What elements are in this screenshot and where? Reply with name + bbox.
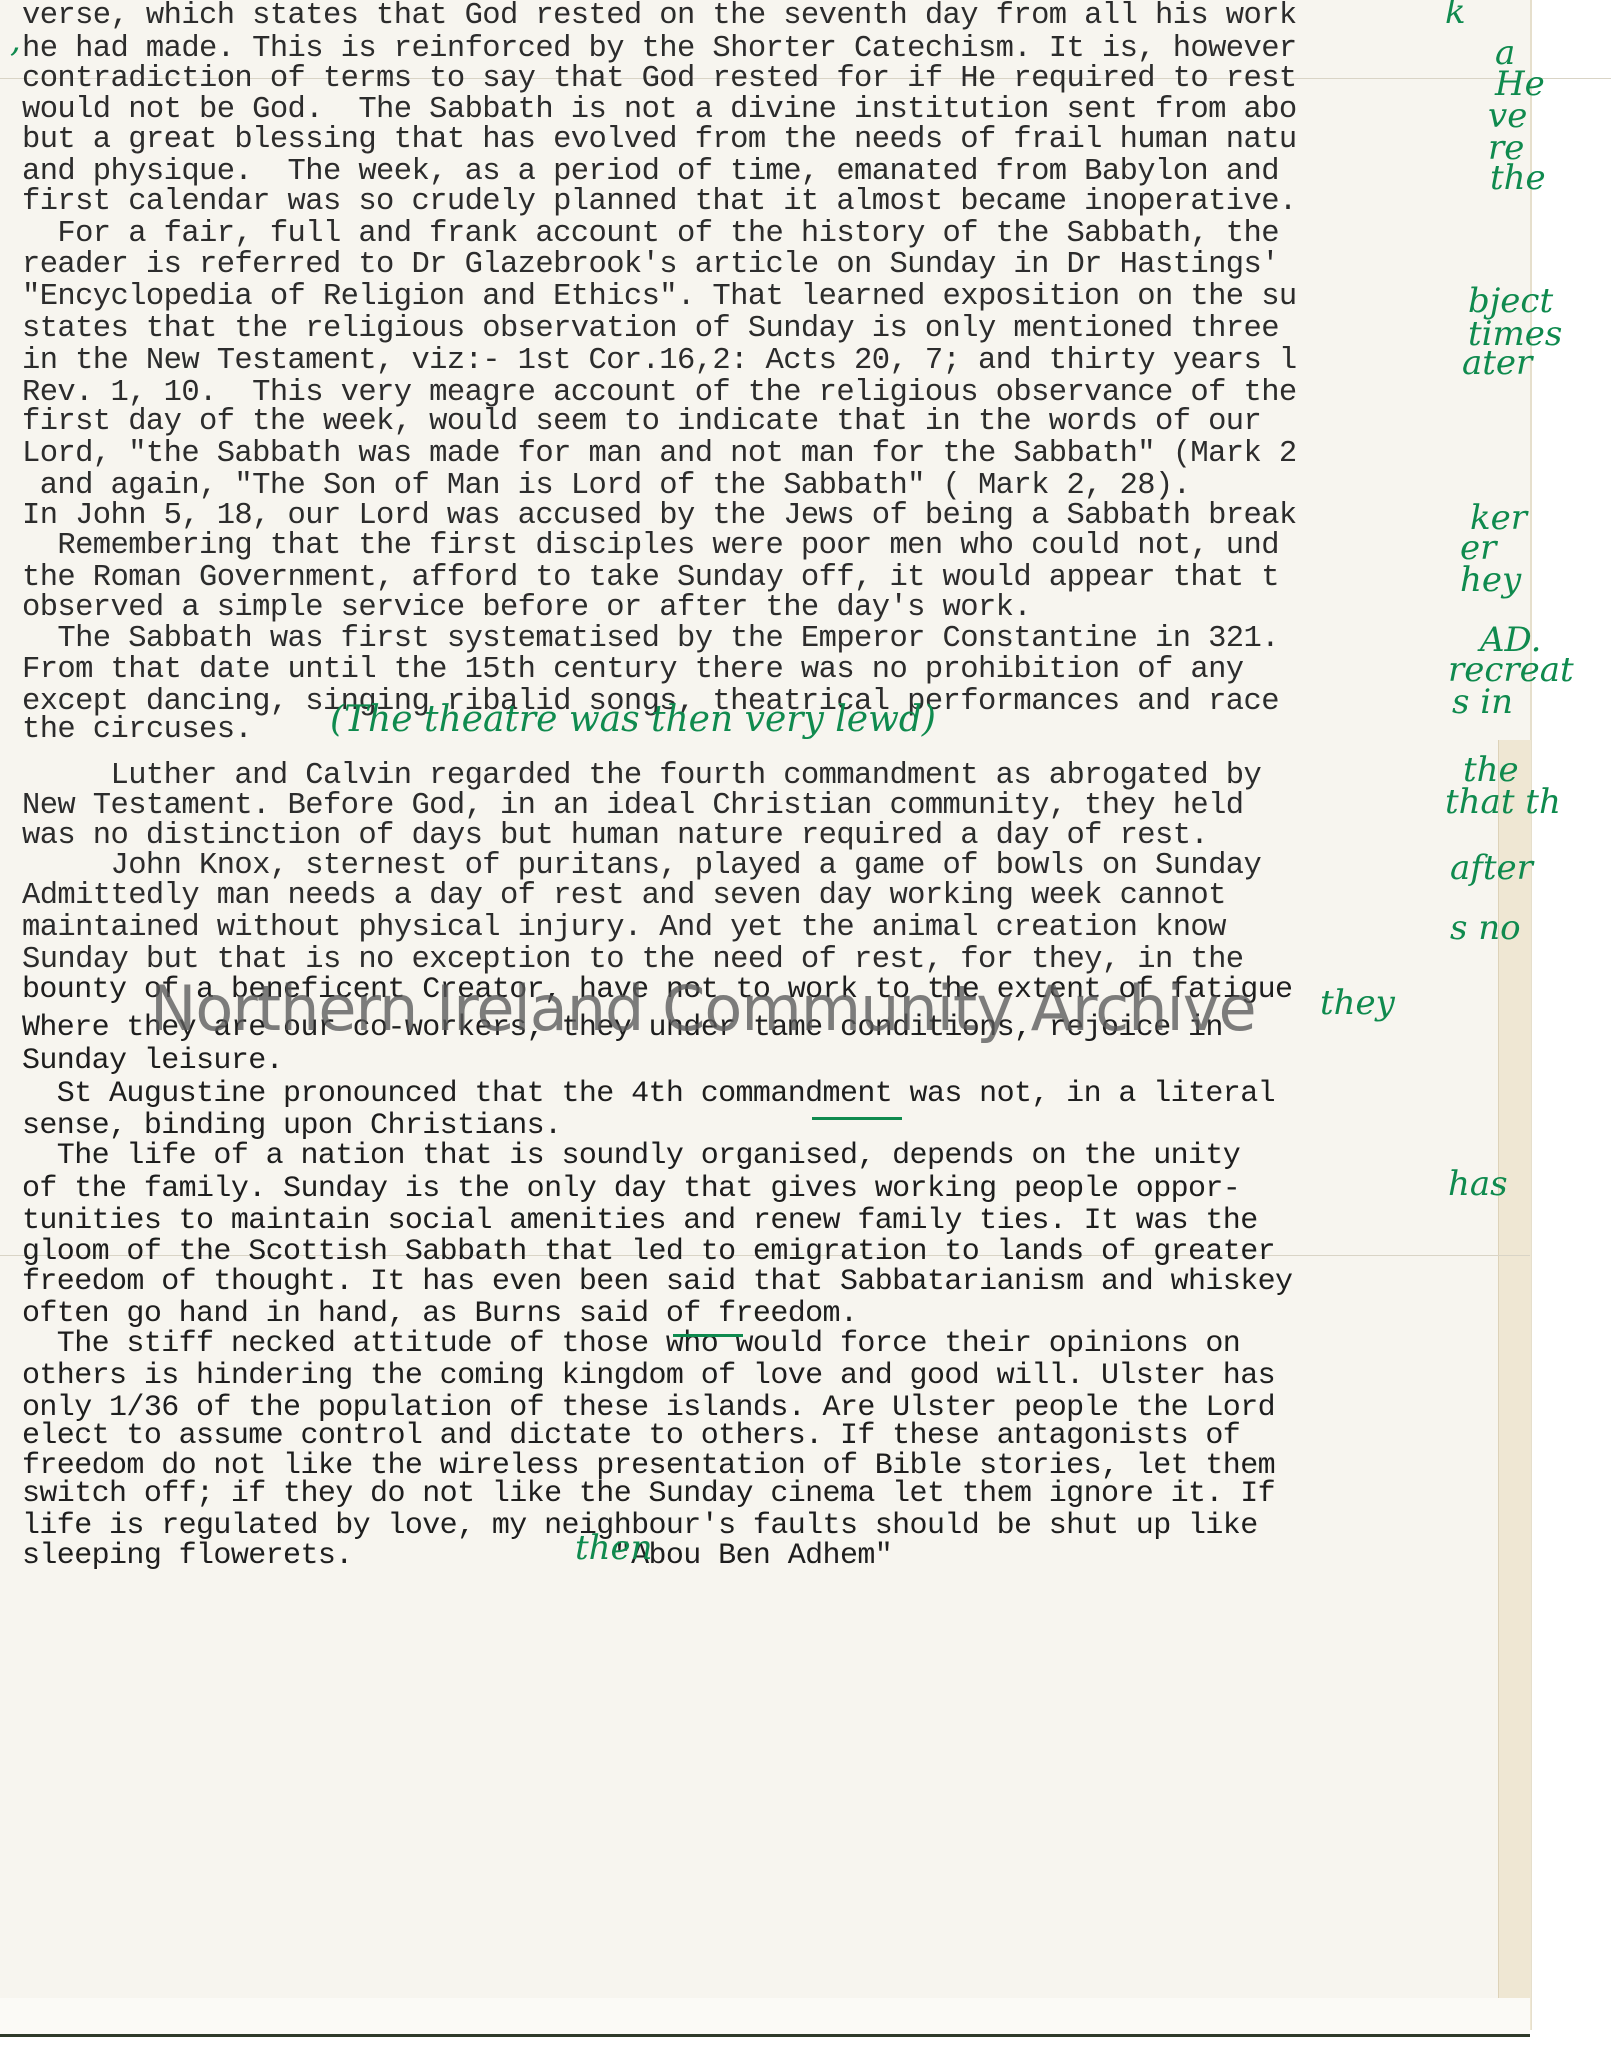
handwritten-annotation: hey: [1460, 562, 1521, 598]
typed-line: he had made. This is reinforced by the S…: [22, 33, 1297, 65]
typed-line: freedom of thought. It has even been sai…: [22, 1266, 1292, 1298]
typed-line: In John 5, 18, our Lord was accused by t…: [22, 500, 1297, 532]
typed-line: of the family. Sunday is the only day th…: [22, 1173, 1240, 1205]
handwritten-annotation: has: [1448, 1166, 1508, 1202]
typed-line: maintained without physical injury. And …: [22, 912, 1226, 944]
typed-line: others is hindering the coming kingdom o…: [22, 1360, 1275, 1392]
typed-line: From that date until the 15th century th…: [22, 654, 1244, 686]
typed-line: John Knox, sternest of puritans, played …: [22, 850, 1261, 882]
typed-line: switch off; if they do not like the Sund…: [22, 1478, 1275, 1510]
handwritten-annotation: ,: [10, 22, 21, 58]
typed-line: tunities to maintain social amenities an…: [22, 1205, 1258, 1237]
handwritten-annotation: (The theatre was then very lewd): [330, 702, 936, 738]
typed-line: and again, "The Son of Man is Lord of th…: [22, 470, 1190, 502]
typed-line: elect to assume control and dictate to o…: [22, 1420, 1240, 1452]
watermark: Northern Ireland Community Archive: [150, 972, 1256, 1045]
handwritten-annotation: then: [575, 1530, 653, 1566]
typed-line: New Testament. Before God, in an ideal C…: [22, 790, 1244, 822]
typed-line: was no distinction of days but human nat…: [22, 820, 1208, 852]
handwritten-annotation: they: [1320, 985, 1395, 1021]
typed-line: gloom of the Scottish Sabbath that led t…: [22, 1236, 1275, 1268]
typed-line: would not be God. The Sabbath is not a d…: [22, 94, 1297, 126]
handwritten-annotation: the: [1490, 160, 1546, 196]
handwritten-annotation: that th: [1445, 784, 1561, 820]
typed-line: but a great blessing that has evolved fr…: [22, 124, 1297, 156]
typed-line: Luther and Calvin regarded the fourth co…: [22, 760, 1261, 792]
typed-line: verse, which states that God rested on t…: [22, 0, 1297, 32]
typed-line: in the New Testament, viz:- 1st Cor.16,2…: [22, 345, 1297, 377]
handwritten-annotation: s in: [1452, 684, 1513, 720]
typed-line: "Encyclopedia of Religion and Ethics". T…: [22, 281, 1297, 313]
typed-line: the circuses.: [22, 714, 252, 746]
typed-line: sense, binding upon Christians.: [22, 1110, 562, 1142]
typed-line: For a fair, full and frank account of th…: [22, 218, 1279, 250]
typed-line: and physique. The week, as a period of t…: [22, 156, 1279, 188]
handwritten-annotation: s no: [1450, 910, 1521, 946]
typed-line: St Augustine pronounced that the 4th com…: [22, 1078, 1275, 1110]
typed-line: often go hand in hand, as Burns said of …: [22, 1298, 857, 1330]
strikethrough-game-of: [812, 1117, 902, 1120]
typed-line: sleeping flowerets. "Abou Ben Adhem": [22, 1540, 892, 1572]
typed-line: Admittedly man needs a day of rest and s…: [22, 880, 1226, 912]
typed-line: observed a simple service before or afte…: [22, 592, 1031, 624]
strikethrough-they: [673, 1334, 743, 1337]
typed-line: first calendar was so crudely planned th…: [22, 186, 1297, 218]
typed-line: states that the religious observation of…: [22, 313, 1279, 345]
paper-bottom-edge: [0, 1998, 1530, 2037]
typed-line: first day of the week, would seem to ind…: [22, 406, 1261, 438]
typed-line: The Sabbath was first systematised by th…: [22, 623, 1279, 655]
typed-line: the Roman Government, afford to take Sun…: [22, 562, 1279, 594]
typed-line: The stiff necked attitude of those who w…: [22, 1328, 1240, 1360]
typed-line: reader is referred to Dr Glazebrook's ar…: [22, 249, 1279, 281]
handwritten-annotation: ater: [1462, 345, 1532, 381]
typed-line: Remembering that the first disciples wer…: [22, 530, 1279, 562]
typed-line: The life of a nation that is soundly org…: [22, 1140, 1240, 1172]
typed-line: Lord, "the Sabbath was made for man and …: [22, 438, 1297, 470]
typed-line: contradiction of terms to say that God r…: [22, 63, 1297, 95]
handwritten-annotation: after: [1450, 850, 1533, 886]
typed-line: Sunday leisure.: [22, 1045, 283, 1077]
handwritten-annotation: k: [1445, 0, 1466, 30]
